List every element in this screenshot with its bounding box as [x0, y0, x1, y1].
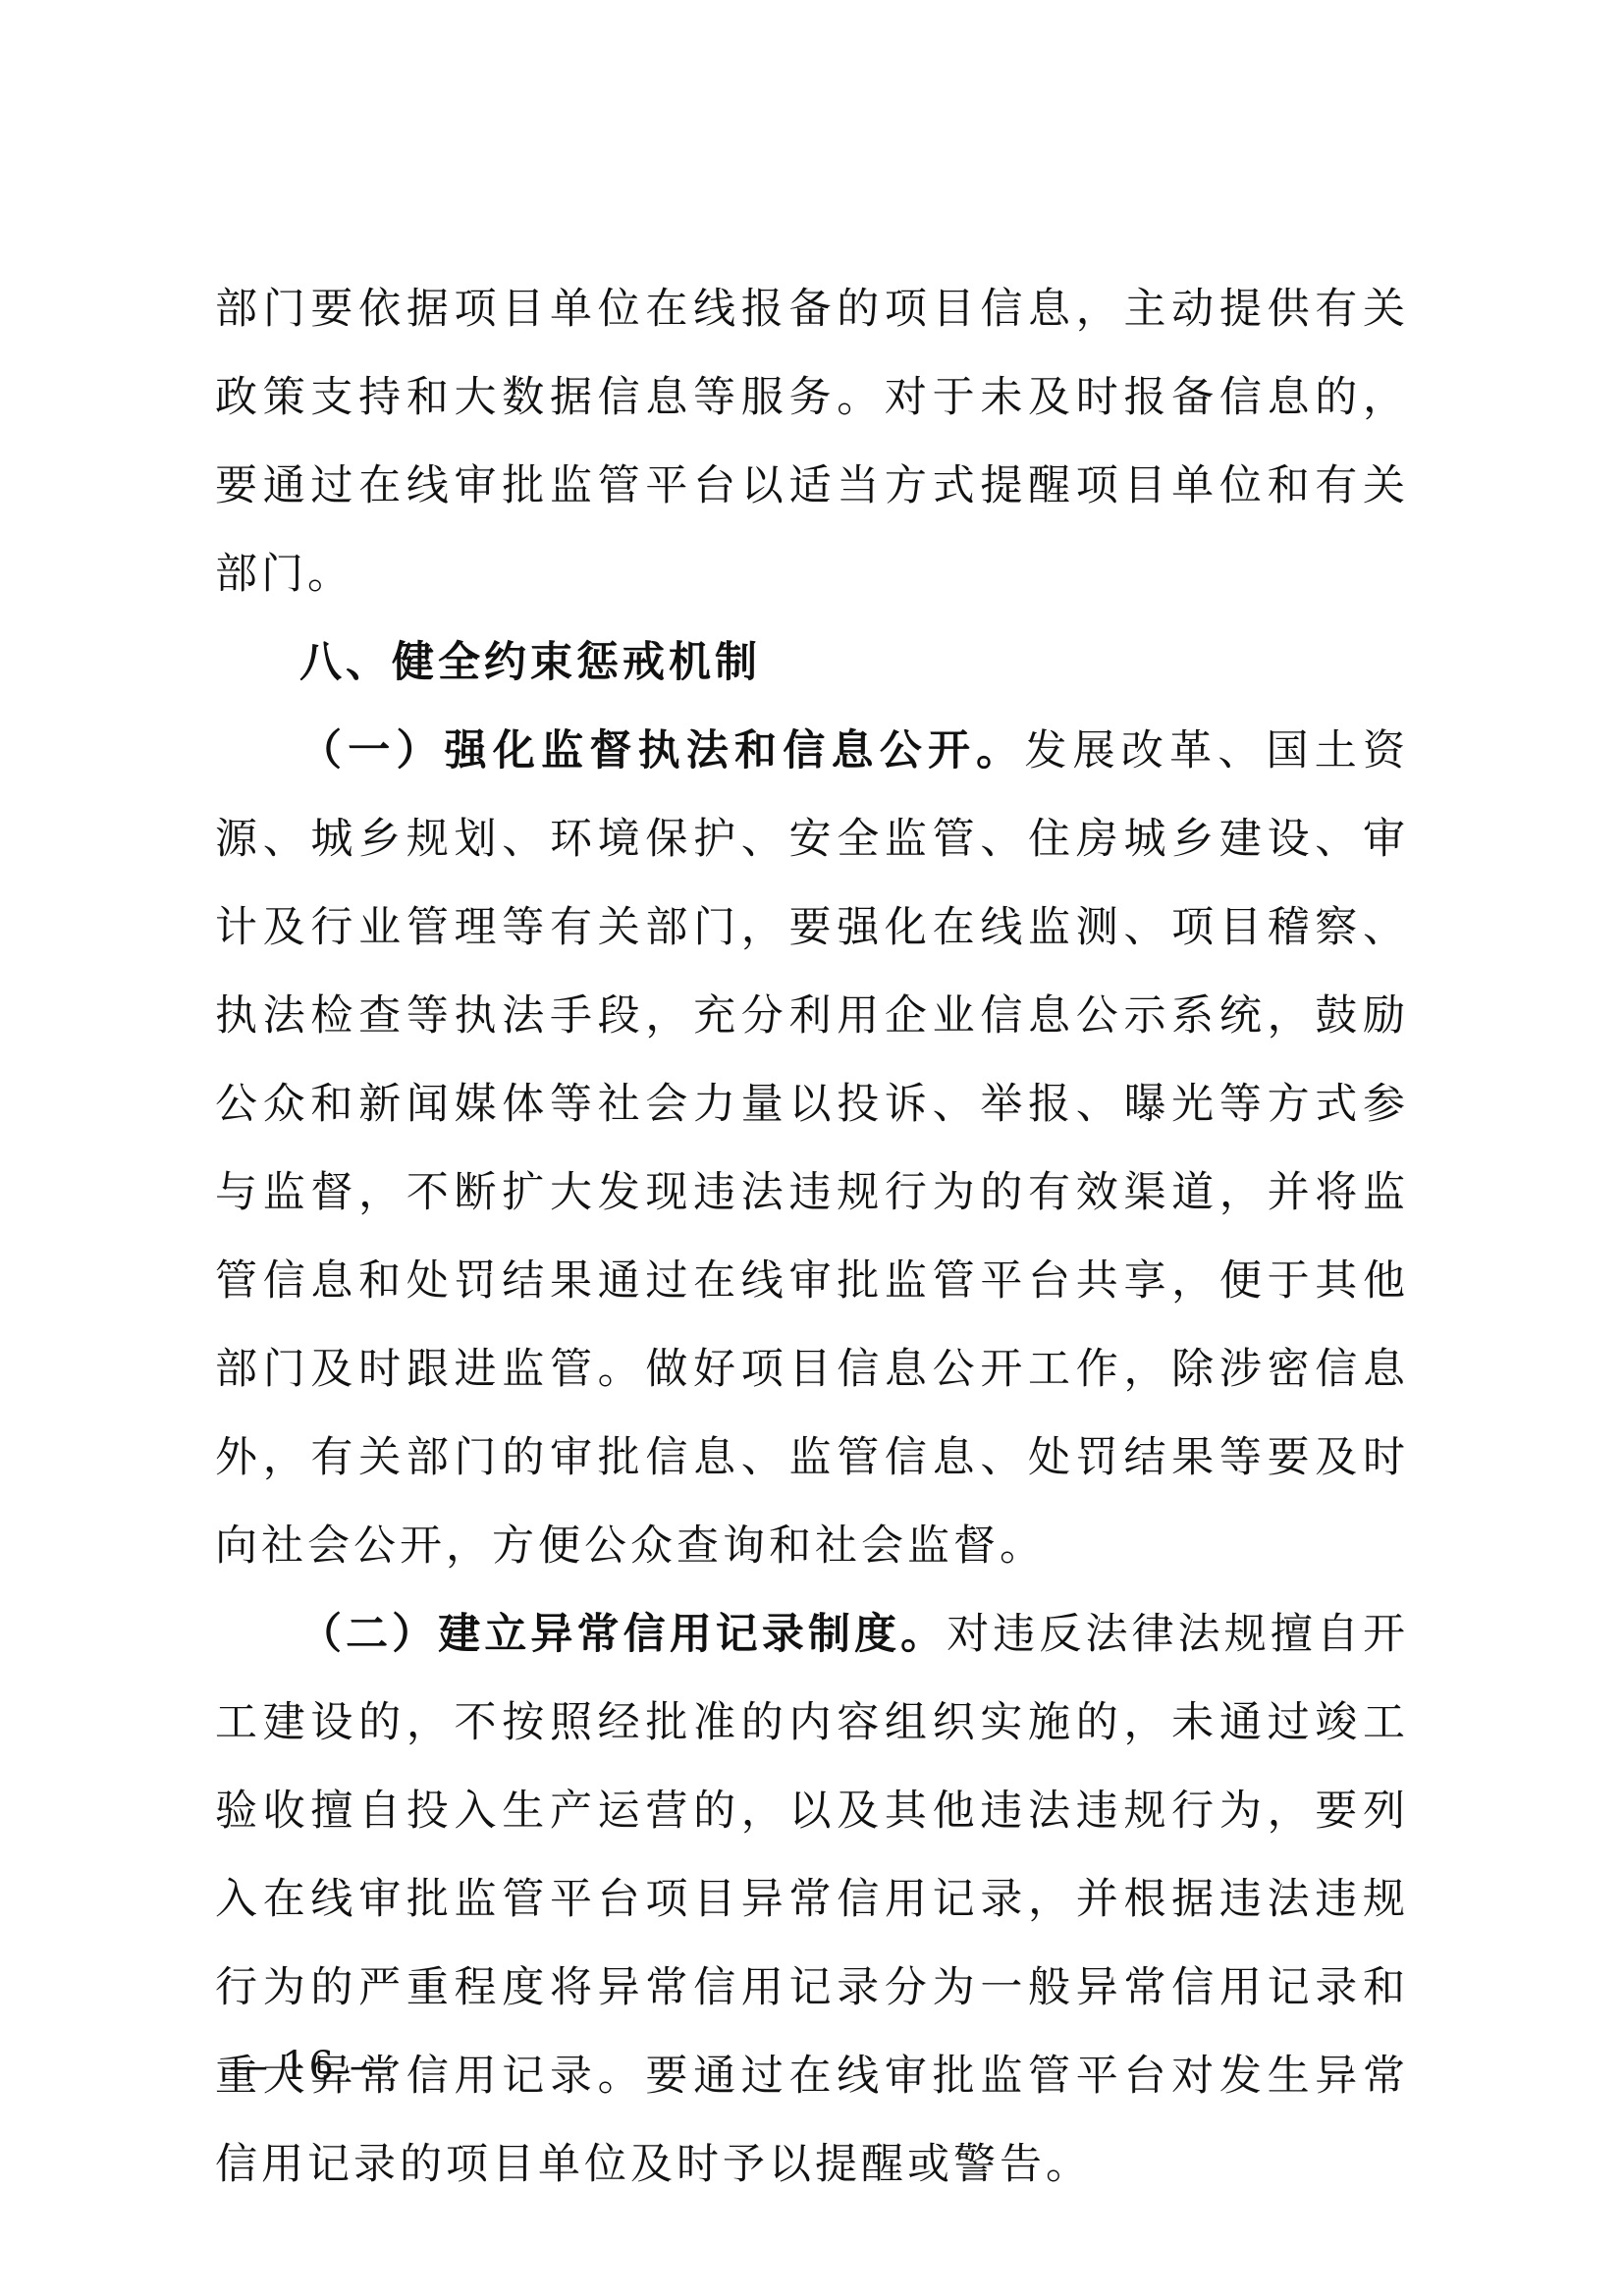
- document-page: 部门要依据项目单位在线报备的项目信息，主动提供有关政策支持和大数据信息等服务。对…: [0, 0, 1624, 2296]
- page-footer: —16—: [215, 2040, 403, 2093]
- paragraph-body-2: 对违反法律法规擅自开工建设的，不按照经批准的内容组织实施的，未通过竣工验收擅自投…: [215, 1610, 1409, 2189]
- paragraph-item-2: （二）建立异常信用记录制度。对违反法律法规擅自开工建设的，不按照经批准的内容组织…: [215, 1590, 1409, 2209]
- paragraph-item-1: （一）强化监督执法和信息公开。发展改革、国土资源、城乡规划、环境保护、安全监管、…: [215, 707, 1409, 1590]
- document-body: 部门要依据项目单位在线报备的项目信息，主动提供有关政策支持和大数据信息等服务。对…: [215, 265, 1409, 2209]
- paragraph-lead-2: （二）建立异常信用记录制度。: [299, 1610, 947, 1659]
- footer-left-dash: —: [229, 2040, 268, 2093]
- section-heading: 八、健全约束惩戒机制: [215, 618, 1409, 707]
- paragraph-body-1: 发展改革、国土资源、城乡规划、环境保护、安全监管、住房城乡建设、审计及行业管理等…: [215, 726, 1409, 1571]
- page-number: 16: [282, 2040, 336, 2093]
- footer-right-dash: —: [350, 2040, 389, 2093]
- paragraph-lead-1: （一）强化监督执法和信息公开。: [299, 726, 1024, 775]
- paragraph-continuation: 部门要依据项目单位在线报备的项目信息，主动提供有关政策支持和大数据信息等服务。对…: [215, 265, 1409, 618]
